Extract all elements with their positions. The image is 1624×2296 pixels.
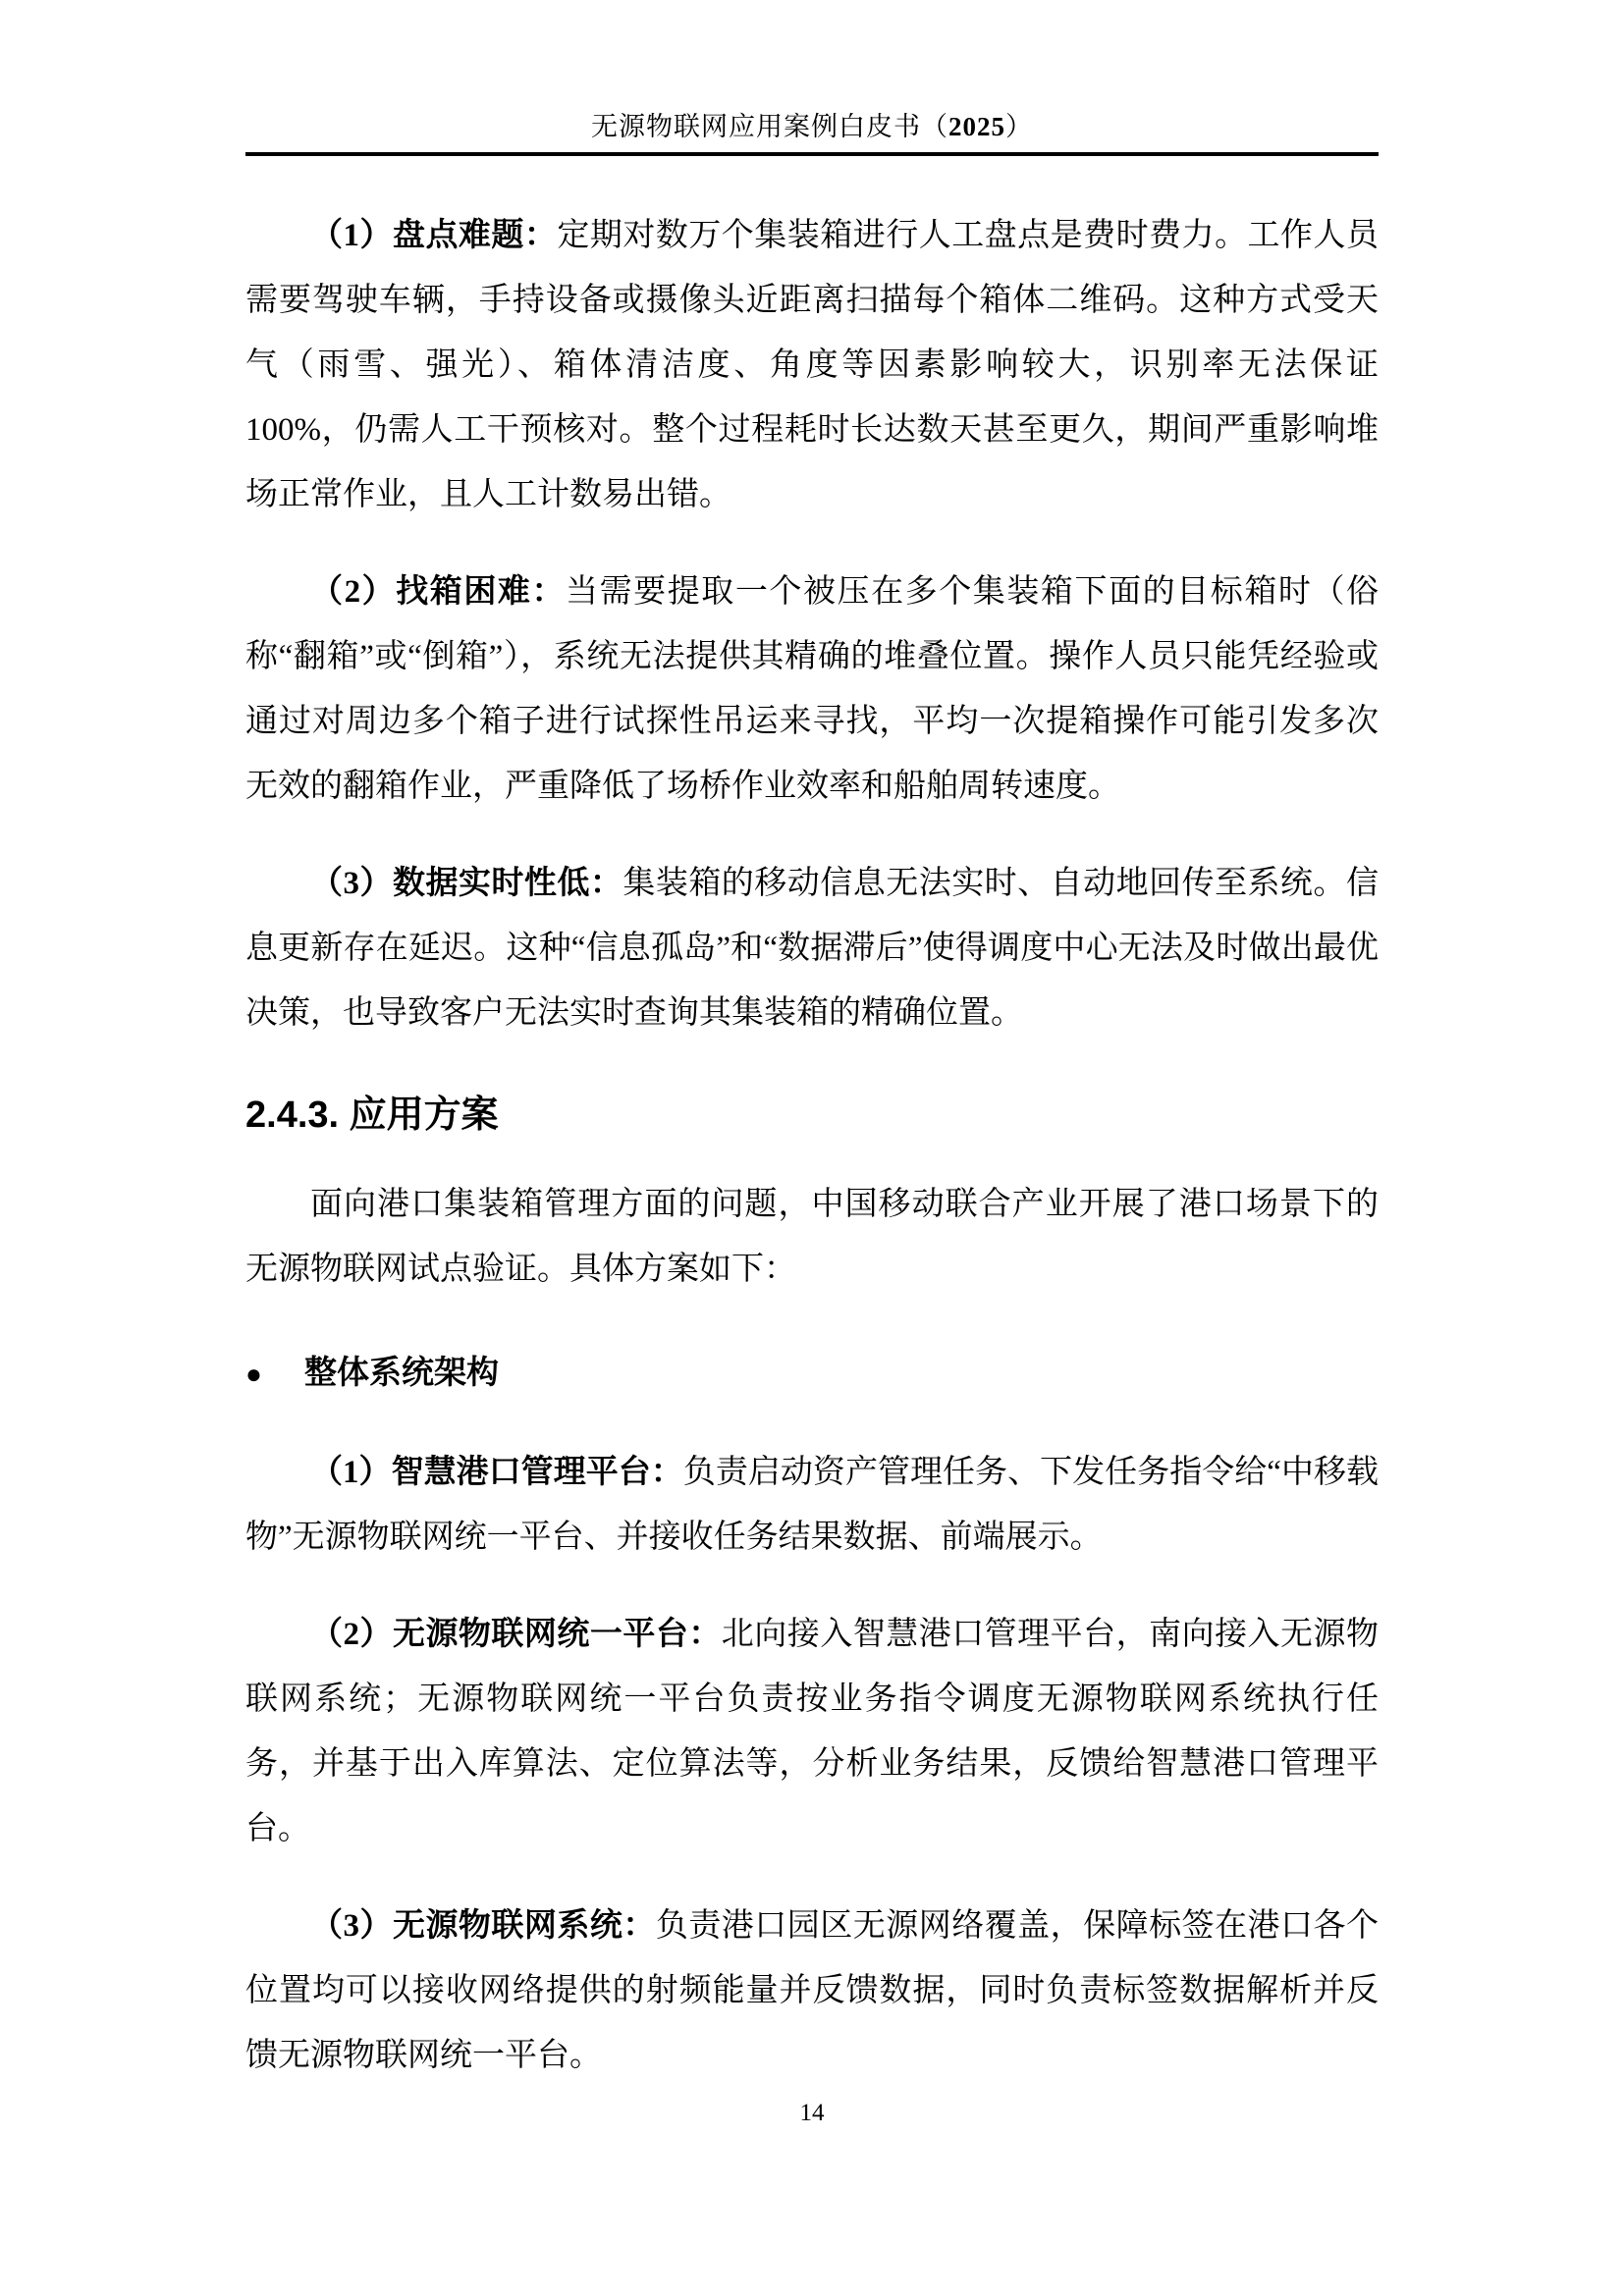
problem-paragraph-3: （3）数据实时性低：集装箱的移动信息无法实时、自动地回传至系统。信息更新存在延迟… (245, 851, 1379, 1045)
problem-paragraph-2-label: （2）找箱困难： (310, 574, 566, 610)
problem-paragraph-1-text: 定期对数万个集装箱进行人工盘点是费时费力。工作人员需要驾驶车辆，手持设备或摄像头… (245, 218, 1379, 512)
section-heading: 2.4.3. 应用方案 (245, 1091, 1379, 1140)
section-heading-title: 应用方案 (339, 1095, 499, 1136)
solution-paragraph-3-label: （3）无源物联网系统： (310, 1908, 656, 1944)
problem-paragraph-3-label: （3）数据实时性低： (310, 866, 623, 901)
problem-paragraph-1: （1）盘点难题：定期对数万个集装箱进行人工盘点是费时费力。工作人员需要驾驶车辆，… (245, 203, 1379, 527)
header-title-pre: 无源物联网应用案例白皮书（ (591, 112, 948, 141)
solution-paragraph-1: （1）智慧港口管理平台：负责启动资产管理任务、下发任务指令给“中移载物”无源物联… (245, 1440, 1379, 1570)
header-title-post: ） (1005, 112, 1033, 141)
document-body: （1）盘点难题：定期对数万个集装箱进行人工盘点是费时费力。工作人员需要驾驶车辆，… (245, 171, 1379, 2088)
bullet-icon: ● (245, 1343, 304, 1408)
solution-paragraph-3: （3）无源物联网系统：负责港口园区无源网络覆盖，保障标签在港口各个位置均可以接收… (245, 1894, 1379, 2088)
problem-paragraph-1-label: （1）盘点难题： (310, 218, 557, 253)
solution-paragraph-2: （2）无源物联网统一平台：北向接入智慧港口管理平台，南向接入无源物联网系统；无源… (245, 1602, 1379, 1861)
intro-paragraph-text: 面向港口集装箱管理方面的问题，中国移动联合产业开展了港口场景下的无源物联网试点验… (245, 1187, 1379, 1287)
document-page: 无源物联网应用案例白皮书（2025） （1）盘点难题：定期对数万个集装箱进行人工… (0, 0, 1624, 2296)
solution-paragraph-2-label: （2）无源物联网统一平台： (310, 1617, 722, 1652)
section-heading-number: 2.4.3. (245, 1095, 339, 1136)
page-number: 14 (0, 2099, 1624, 2128)
intro-paragraph: 面向港口集装箱管理方面的问题，中国移动联合产业开展了港口场景下的无源物联网试点验… (245, 1172, 1379, 1302)
bullet-item-architecture: ●整体系统架构 (245, 1341, 1379, 1408)
problem-paragraph-2: （2）找箱困难：当需要提取一个被压在多个集装箱下面的目标箱时（俗称“翻箱”或“倒… (245, 560, 1379, 819)
bullet-item-label: 整体系统架构 (304, 1356, 499, 1391)
solution-paragraph-1-label: （1）智慧港口管理平台： (310, 1455, 683, 1490)
page-header: 无源物联网应用案例白皮书（2025） (245, 110, 1379, 156)
header-title-year: 2025 (948, 112, 1005, 141)
